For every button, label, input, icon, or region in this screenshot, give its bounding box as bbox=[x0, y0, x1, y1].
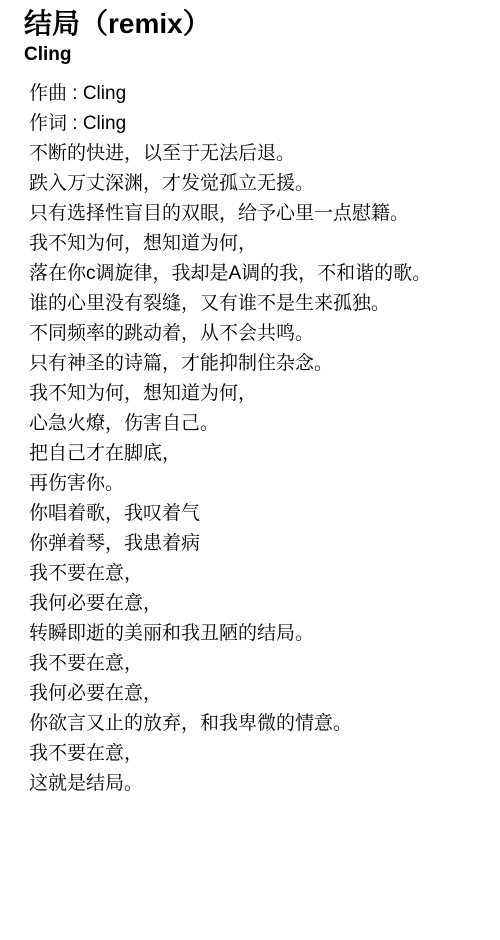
lyric-line: 这就是结局。 bbox=[29, 769, 484, 799]
artist-name: Cling bbox=[24, 43, 484, 67]
lyric-line: 心急火燎，伤害自己。 bbox=[29, 409, 484, 439]
lyrics-block: 作曲 : Cling作词 : Cling不断的快进，以至于无法后退。跌入万丈深渊… bbox=[29, 79, 484, 799]
lyric-line: 我不知为何，想知道为何， bbox=[29, 229, 484, 259]
lyric-line: 我何必要在意， bbox=[29, 589, 484, 619]
lyric-line: 我不要在意， bbox=[29, 739, 484, 769]
lyric-line: 跌入万丈深渊，才发觉孤立无援。 bbox=[29, 169, 484, 199]
lyric-line: 落在你c调旋律，我却是A调的我，不和谐的歌。 bbox=[29, 259, 484, 289]
lyric-line: 再伤害你。 bbox=[29, 469, 484, 499]
lyric-line: 把自己才在脚底， bbox=[29, 439, 484, 469]
lyric-line: 我不要在意， bbox=[29, 559, 484, 589]
lyric-line: 我何必要在意， bbox=[29, 679, 484, 709]
credit-line: 作词 : Cling bbox=[29, 109, 484, 139]
lyric-line: 不断的快进，以至于无法后退。 bbox=[29, 139, 484, 169]
lyric-line: 只有选择性盲目的双眼，给予心里一点慰籍。 bbox=[29, 199, 484, 229]
credit-line: 作曲 : Cling bbox=[29, 79, 484, 109]
lyric-line: 我不知为何，想知道为何， bbox=[29, 379, 484, 409]
lyric-line: 你欲言又止的放弃，和我卑微的情意。 bbox=[29, 709, 484, 739]
lyric-line: 谁的心里没有裂缝，又有谁不是生来孤独。 bbox=[29, 289, 484, 319]
lyrics-page: 结局（remix） Cling 作曲 : Cling作词 : Cling不断的快… bbox=[0, 0, 500, 799]
lyric-line: 你弹着琴，我患着病 bbox=[29, 529, 484, 559]
lyric-line: 你唱着歌，我叹着气 bbox=[29, 499, 484, 529]
lyric-line: 不同频率的跳动着，从不会共鸣。 bbox=[29, 319, 484, 349]
lyric-line: 我不要在意， bbox=[29, 649, 484, 679]
lyric-line: 转瞬即逝的美丽和我丑陋的结局。 bbox=[29, 619, 484, 649]
song-title: 结局（remix） bbox=[24, 5, 484, 43]
lyric-line: 只有神圣的诗篇，才能抑制住杂念。 bbox=[29, 349, 484, 379]
